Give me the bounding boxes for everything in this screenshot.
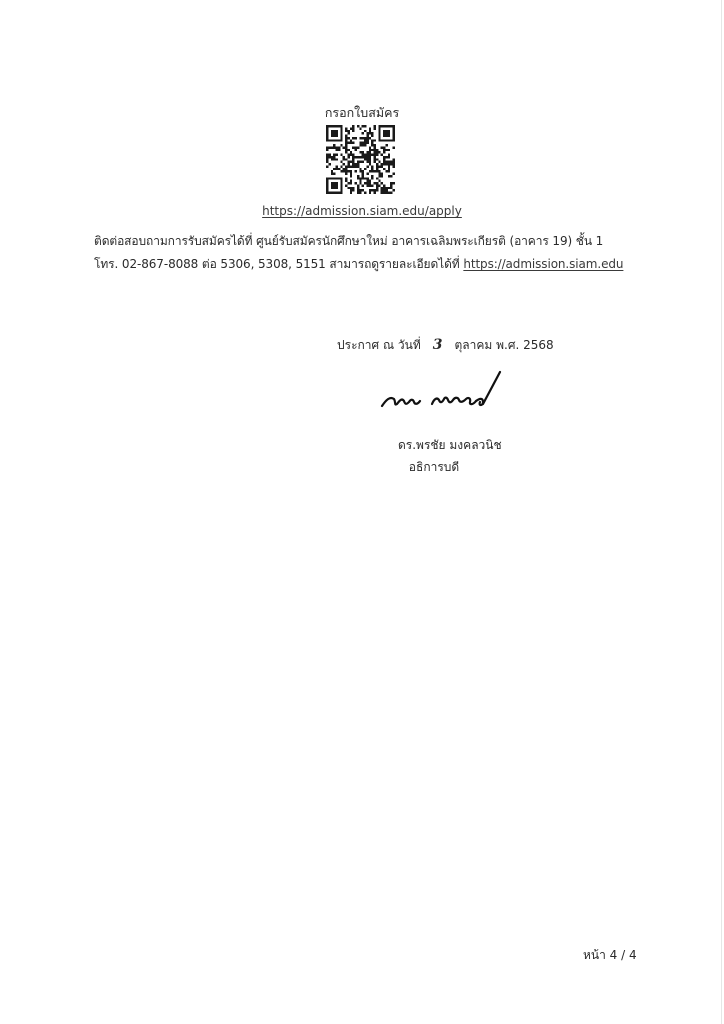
- signer-title: อธิการบดี: [0, 458, 724, 477]
- contact-phone-line: โทร. 02-867-8088 ต่อ 5306, 5308, 5151 สา…: [94, 255, 623, 274]
- qr-code-icon[interactable]: [326, 125, 395, 194]
- contact-info-line: ติดต่อสอบถามการรับสมัครได้ที่ ศูนย์รับสม…: [94, 232, 603, 251]
- page-number: หน้า 4 / 4: [583, 946, 637, 965]
- qr-section-title: กรอกใบสมัคร: [0, 103, 724, 123]
- announcement-prefix: ประกาศ ณ วันที่: [337, 338, 421, 352]
- announcement-month-year: ตุลาคม พ.ศ. 2568: [455, 338, 554, 352]
- admission-website-link[interactable]: https://admission.siam.edu: [463, 257, 623, 271]
- announcement-date: ประกาศ ณ วันที่3ตุลาคม พ.ศ. 2568: [337, 336, 554, 355]
- apply-link[interactable]: https://admission.siam.edu/apply: [0, 204, 724, 218]
- page-edge-divider: [721, 0, 722, 1024]
- document-page: กรอกใบสมัคร https://admission.siam.edu/a…: [0, 0, 724, 1024]
- announcement-day: 3: [433, 337, 443, 353]
- signer-name: ดร.พรชัย มงคลวนิช: [398, 436, 502, 455]
- contact-phone-text: โทร. 02-867-8088 ต่อ 5306, 5308, 5151 สา…: [94, 257, 463, 271]
- handwritten-signature-icon: [380, 366, 510, 416]
